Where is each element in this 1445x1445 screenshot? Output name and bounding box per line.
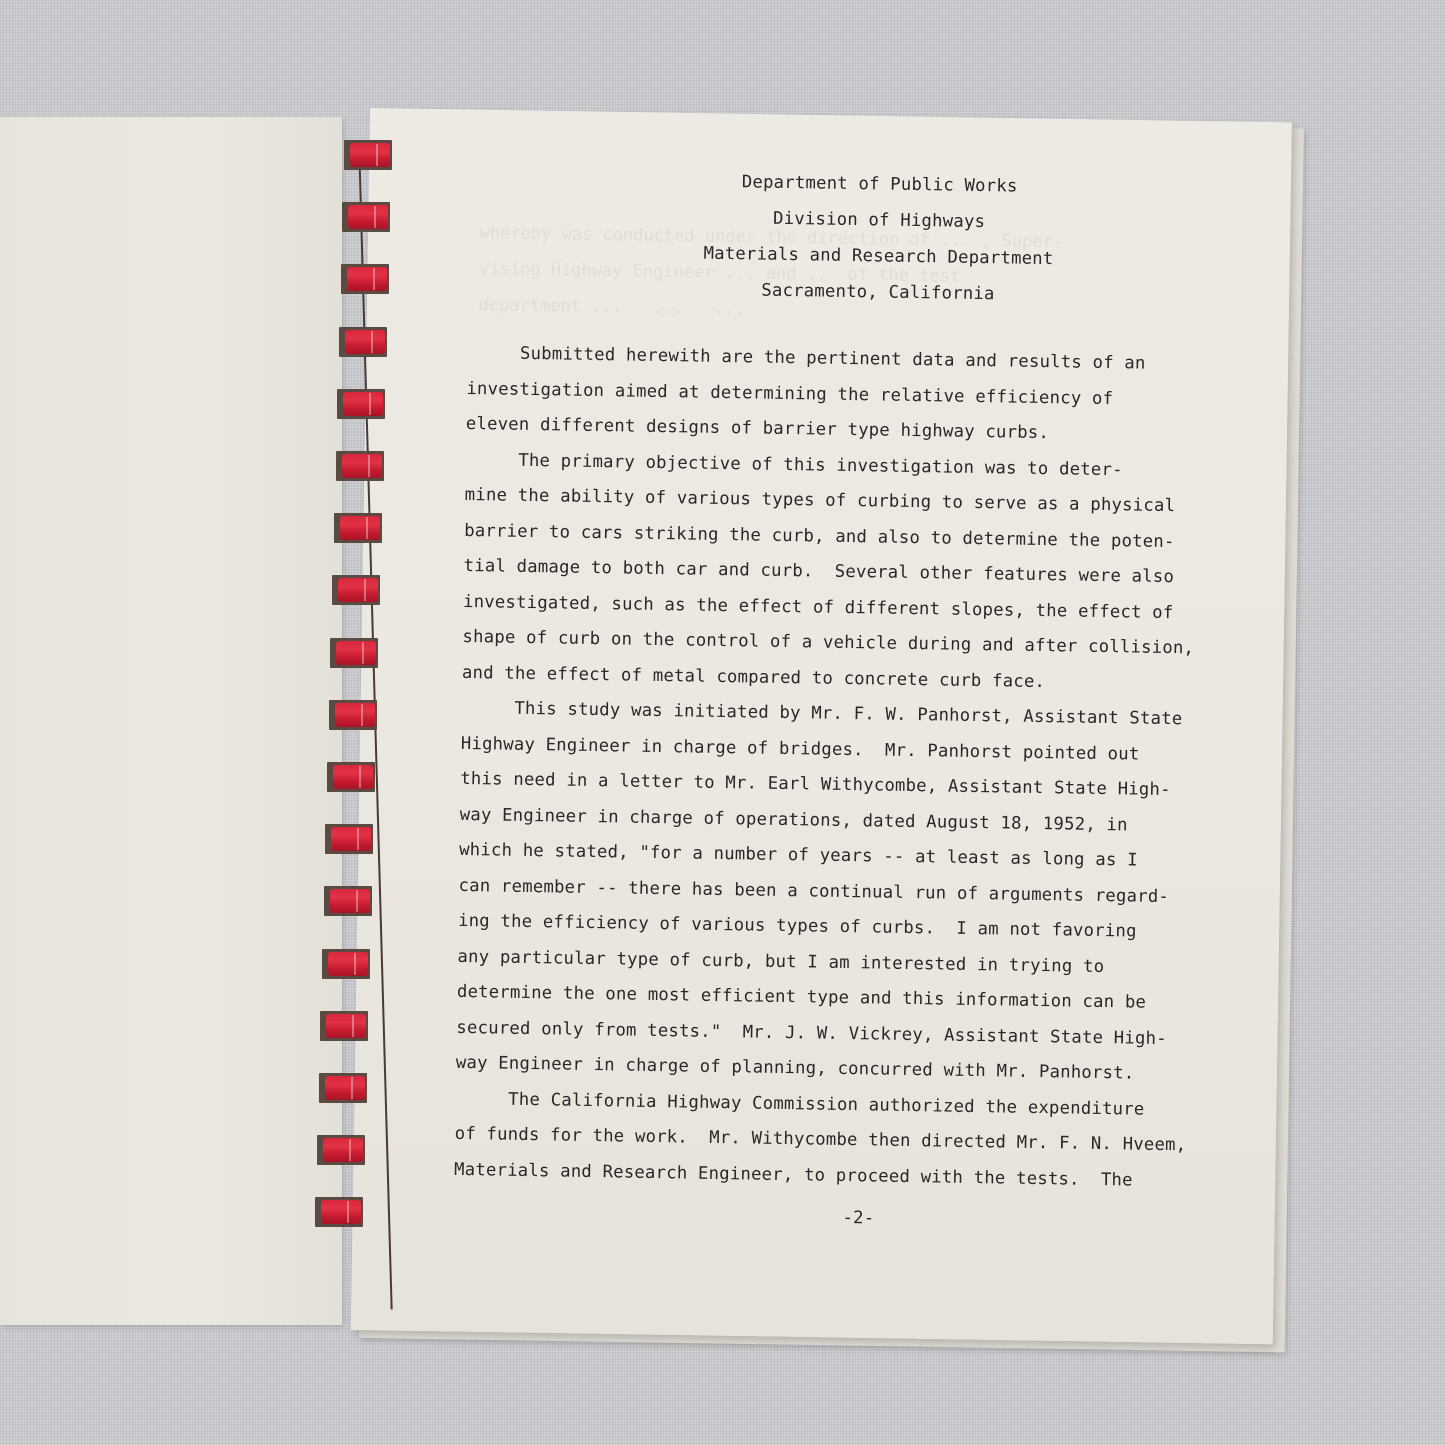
binding-coil: [320, 1011, 368, 1041]
binding-coil: [334, 513, 382, 543]
binding-coil: [342, 202, 390, 232]
paragraph: The primary objective of this investigat…: [462, 442, 1246, 703]
binding-coil: [317, 1135, 365, 1165]
binding-coil: [339, 327, 387, 357]
binding-coil: [315, 1197, 363, 1227]
binding-coil: [319, 1073, 367, 1103]
paragraph: Submitted herewith are the pertinent dat…: [466, 336, 1248, 455]
spiral-binding: [318, 100, 408, 1300]
typed-document: Department of Public Works Division of H…: [453, 160, 1250, 1242]
binding-coil: [327, 762, 375, 792]
binding-coil: [324, 886, 372, 916]
binding-coil: [322, 949, 370, 979]
binding-coil: [344, 140, 392, 170]
binding-coil: [337, 389, 385, 419]
binding-coil: [336, 451, 384, 481]
paragraph: This study was initiated by Mr. F. W. Pa…: [456, 691, 1242, 1094]
left-page-blank: [0, 117, 342, 1325]
paragraph: The California Highway Commission author…: [454, 1081, 1236, 1200]
binding-coil: [341, 264, 389, 294]
binding-coil: [332, 575, 380, 605]
binding-coil: [325, 824, 373, 854]
binding-coil: [329, 700, 377, 730]
document-body: Submitted herewith are the pertinent dat…: [454, 336, 1247, 1200]
letterhead: Department of Public Works Division of H…: [468, 160, 1250, 316]
binding-coil: [330, 638, 378, 668]
